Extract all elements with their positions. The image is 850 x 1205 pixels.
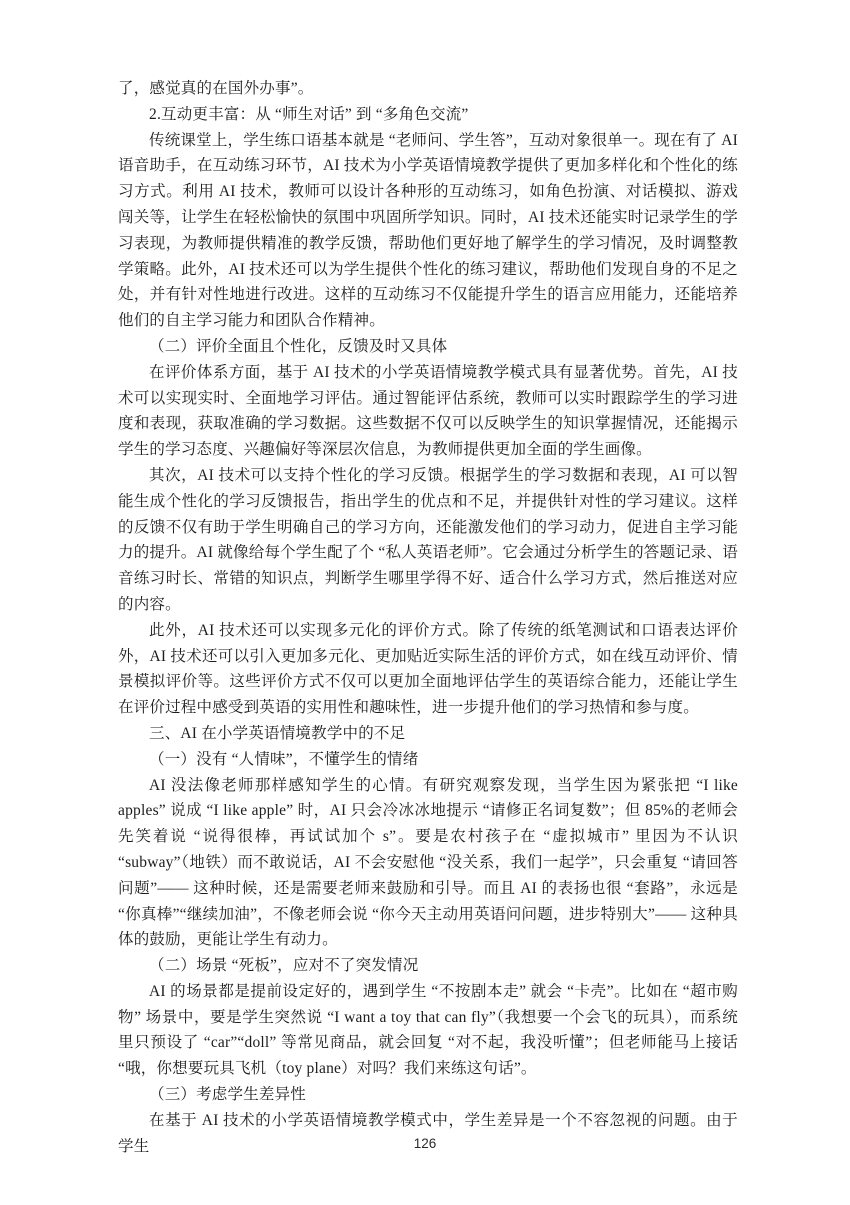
paragraph: AI 没法像老师那样感知学生的心情。有研究观察发现，当学生因为紧张把 “I li… xyxy=(118,773,738,954)
paragraph: 在基于 AI 技术的小学英语情境教学模式中，学生差异是一个不容忽视的问题。由于学… xyxy=(118,1108,738,1160)
paragraph: 其次，AI 技术可以支持个性化的学习反馈。根据学生的学习数据和表现，AI 可以智… xyxy=(118,463,738,618)
subheading-student-differences: （三）考虑学生差异性 xyxy=(118,1082,738,1108)
paragraph: 在评价体系方面，基于 AI 技术的小学英语情境教学模式具有显著优势。首先，AI … xyxy=(118,360,738,463)
document-page: 了，感觉真的在国外办事”。 2.互动更丰富：从 “师生对话” 到 “多角色交流”… xyxy=(0,0,850,1205)
paragraph: 此外，AI 技术还可以实现多元化的评价方式。除了传统的纸笔测试和口语表达评价外，… xyxy=(118,618,738,721)
paragraph: 传统课堂上，学生练口语基本就是 “老师问、学生答”，互动对象很单一。现在有了 A… xyxy=(118,128,738,334)
subheading-no-human-touch: （一）没有 “人情味”，不懂学生的情绪 xyxy=(118,747,738,773)
document-body: 了，感觉真的在国外办事”。 2.互动更丰富：从 “师生对话” 到 “多角色交流”… xyxy=(118,76,738,1159)
subheading-interaction: 2.互动更丰富：从 “师生对话” 到 “多角色交流” xyxy=(118,102,738,128)
subheading-evaluation: （二）评价全面且个性化，反馈及时又具体 xyxy=(118,334,738,360)
page-number: 126 xyxy=(0,1136,850,1151)
paragraph: AI 的场景都是提前设定好的，遇到学生 “不按剧本走” 就会 “卡壳”。比如在 … xyxy=(118,979,738,1082)
paragraph-continuation: 了，感觉真的在国外办事”。 xyxy=(118,76,738,102)
subheading-rigid-scenes: （二）场景 “死板”，应对不了突发情况 xyxy=(118,953,738,979)
section-heading-three: 三、AI 在小学英语情境教学中的不足 xyxy=(118,721,738,747)
